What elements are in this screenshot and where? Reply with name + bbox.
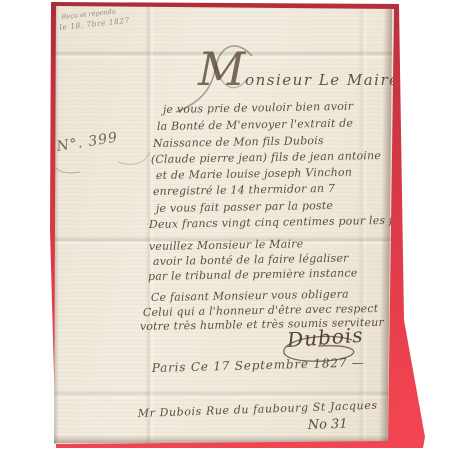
letter-line: je vous prie de vouloir bien avoir — [163, 100, 354, 116]
fold-crease-horizontal-bottom — [52, 390, 392, 399]
letter-line: avoir la bonté de la faire légaliser — [153, 252, 349, 268]
letter-line: la Bonté de M'envoyer l'extrait de — [157, 117, 354, 133]
margin-registry-number: N°. 399 — [55, 130, 119, 155]
letter-line: (Claude pierre jean) fils de jean antoin… — [151, 149, 381, 166]
letter-line: Ce faisant Monsieur vous obligera — [151, 288, 349, 304]
salutation-ornate-initial: M — [198, 46, 245, 92]
letter-line: et de Marie louise joseph Vinchon — [156, 166, 352, 182]
salutation: M onsieur Le Maire — [198, 46, 400, 92]
listing-photo-canvas: { "colors": { "canvas_white": "#ffffff",… — [0, 0, 450, 450]
letter-paper: Reçu et répondu le 18. 7bre 1827 N°. 399… — [0, 0, 450, 450]
letter-line: par le tribunal de première instance — [148, 266, 358, 283]
letter-line: je vous fait passer par la poste — [156, 199, 333, 215]
letter-line: Deux francs vingt cinq centimes pour les… — [149, 213, 415, 231]
sender-address-number: No 31 — [307, 417, 347, 433]
salutation-text: onsieur Le Maire — [245, 71, 399, 89]
letter-line: enregistré le 14 thermidor an 7 — [153, 182, 335, 198]
letter-line: Naissance de Mon fils Dubois — [153, 134, 324, 150]
signature: Dubois — [286, 323, 364, 352]
letter-line: veuillez Monsieur le Maire — [149, 237, 304, 253]
dateline: Paris Ce 17 Septembre 1827 — — [152, 355, 365, 375]
